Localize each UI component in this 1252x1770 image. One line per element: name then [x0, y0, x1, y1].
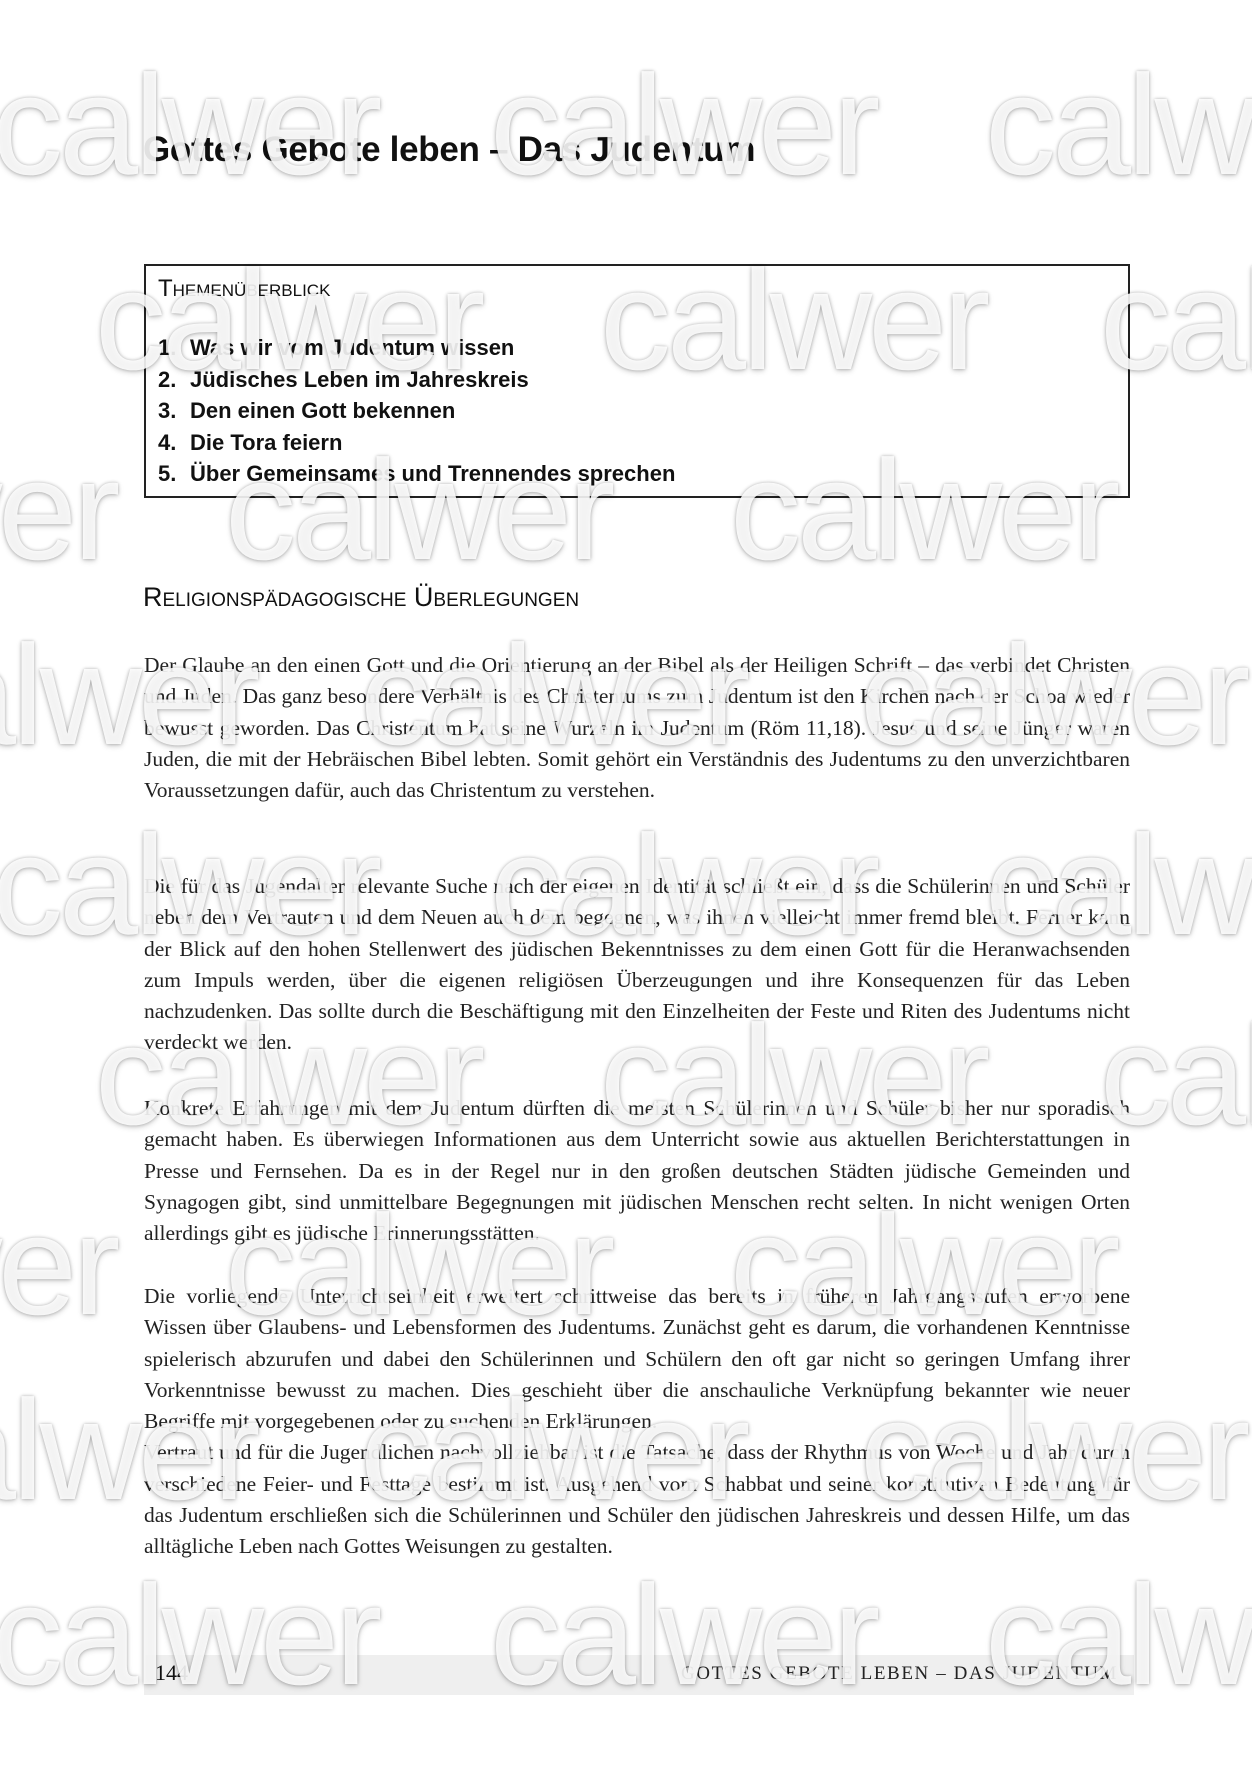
topic-overview-box: Themenüberblick 1.Was wir vom Judentum w… [144, 264, 1130, 498]
section-heading: Religionspädagogische Überlegungen [143, 582, 579, 613]
overview-item-number: 4. [158, 427, 190, 459]
body-paragraph: Vertraut und für die Jugendlichen nachvo… [144, 1437, 1130, 1562]
page-title: Gottes Gebote leben – Das Judentum [143, 130, 755, 170]
overview-item-label: Jüdisches Leben im Jahreskreis [190, 364, 529, 396]
overview-item-label: Den einen Gott bekennen [190, 395, 455, 427]
overview-item-number: 2. [158, 364, 190, 396]
overview-item: 2.Jüdisches Leben im Jahreskreis [158, 364, 1116, 396]
body-paragraph: Die für das Jugendalter relevante Suche … [144, 871, 1130, 1059]
overview-item-label: Über Gemeinsames und Trennendes sprechen [190, 458, 675, 490]
watermark-text: calwer [490, 55, 876, 197]
overview-heading: Themenüberblick [158, 274, 1116, 304]
overview-item-label: Die Tora feiern [190, 427, 342, 459]
body-paragraph: Konkrete Erfahrungen mit dem Judentum dü… [144, 1093, 1130, 1249]
watermark-text: calwer [0, 55, 378, 197]
overview-item: 3.Den einen Gott bekennen [158, 395, 1116, 427]
document-page: Gottes Gebote leben – Das Judentum Theme… [0, 0, 1252, 1770]
running-title: GOTTES GEBOTE LEBEN – DAS JUDENTUM [681, 1663, 1118, 1685]
body-paragraph-group: Die vorliegende Unterrichtseinheit erwei… [144, 1281, 1130, 1563]
overview-item: 1.Was wir vom Judentum wissen [158, 332, 1116, 364]
overview-item-label: Was wir vom Judentum wissen [190, 332, 514, 364]
overview-item-number: 5. [158, 458, 190, 490]
overview-item: 4.Die Tora feiern [158, 427, 1116, 459]
watermark-text: calwer [985, 55, 1252, 197]
body-paragraph: Die vorliegende Unterrichtseinheit erwei… [144, 1281, 1130, 1437]
overview-item-number: 1. [158, 332, 190, 364]
watermark-text: calwer [0, 1195, 116, 1337]
watermark-text: calwer [0, 440, 116, 582]
overview-list: 1.Was wir vom Judentum wissen 2.Jüdische… [158, 332, 1116, 490]
overview-item-number: 3. [158, 395, 190, 427]
overview-item: 5.Über Gemeinsames und Trennendes sprech… [158, 458, 1116, 490]
page-number: 144 [155, 1660, 188, 1686]
body-paragraph: Der Glaube an den einen Gott und die Ori… [144, 650, 1130, 806]
